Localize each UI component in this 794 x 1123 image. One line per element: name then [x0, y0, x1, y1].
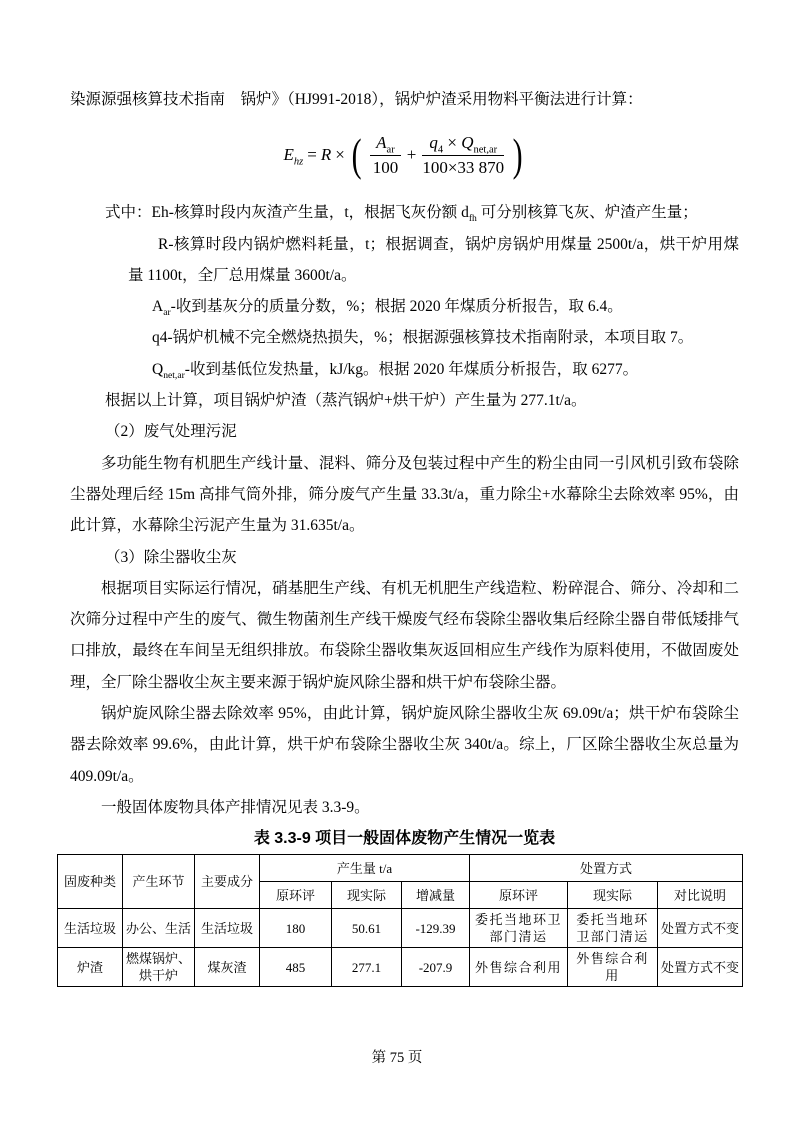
cell-main-component: 煤灰渣: [195, 948, 260, 987]
fraction-ash-numerator: Aar: [370, 133, 401, 156]
plus-sign: +: [407, 145, 417, 165]
header-disposal-compare: 对比说明: [658, 882, 743, 909]
para-variable-r: R-核算时段内锅炉燃料耗量，t；根据调查，锅炉房锅炉用煤量 2500t/a，烘干…: [128, 229, 739, 292]
cell-output-eia: 485: [260, 948, 332, 987]
equals-sign: =: [307, 145, 317, 165]
header-group-disposal: 处置方式: [470, 855, 743, 882]
cell-output-eia: 180: [260, 909, 332, 948]
header-output-actual: 现实际: [332, 882, 402, 909]
para-conclusion: 根据以上计算，项目锅炉炉渣（蒸汽锅炉+烘干炉）产生量为 277.1t/a。: [105, 385, 739, 416]
formula-coef: R: [321, 145, 331, 165]
para-where: 式中：Eh-核算时段内灰渣产生量，t，根据飞灰份额 dfh 可分别核算飞灰、炉渣…: [105, 197, 739, 228]
para-variable-q4: q4-锅炉机械不完全燃烧热损失，%；根据源强核算技术指南附录，本项目取 7。: [152, 322, 739, 353]
cell-output-actual: 50.61: [332, 909, 402, 948]
formula-lhs: Ehz: [283, 145, 303, 165]
cell-output-actual: 277.1: [332, 948, 402, 987]
para-waste-gas-sludge: 多功能生物有机肥生产线计量、混料、筛分及包装过程中产生的粉尘由同一引风机引致布袋…: [70, 448, 739, 542]
header-group-output: 产生量 t/a: [260, 855, 470, 882]
cell-output-change: -129.39: [402, 909, 470, 948]
document-page: 染源源强核算技术指南 锅炉》（HJ991-2018），锅炉炉渣采用物料平衡法进行…: [0, 0, 794, 1123]
fraction-heat: q4 × Qnet,ar 100×33 870: [422, 133, 504, 178]
header-disposal-eia: 原环评: [470, 882, 568, 909]
header-source-stage: 产生环节: [123, 855, 195, 909]
cell-waste-type: 炉渣: [58, 948, 123, 987]
fraction-ash: Aar 100: [370, 133, 401, 178]
fraction-heat-denominator: 100×33 870: [422, 156, 504, 178]
body-text: 染源源强核算技术指南 锅炉》（HJ991-2018），锅炉炉渣采用物料平衡法进行…: [70, 84, 739, 987]
para-variable-aar: Aar-收到基灰分的质量分数，%；根据 2020 年煤质分析报告，取 6.4。: [152, 291, 739, 322]
cell-output-change: -207.9: [402, 948, 470, 987]
cell-waste-type: 生活垃圾: [58, 909, 123, 948]
header-main-component: 主要成分: [195, 855, 260, 909]
para-ash-totals: 锅炉旋风除尘器去除效率 95%，由此计算，锅炉旋风除尘器收尘灰 69.09t/a…: [70, 698, 739, 792]
cell-disposal-compare: 处置方式不变: [658, 909, 743, 948]
cell-main-component: 生活垃圾: [195, 909, 260, 948]
table-solid-waste: 固废种类 产生环节 主要成分 产生量 t/a 处置方式 原环评 现实际 增减量 …: [57, 854, 743, 987]
header-disposal-actual: 现实际: [568, 882, 658, 909]
para-intro: 染源源强核算技术指南 锅炉》（HJ991-2018），锅炉炉渣采用物料平衡法进行…: [70, 84, 739, 115]
table-row-slag: 炉渣 燃煤锅炉、烘干炉 煤灰渣 485 277.1 -207.9 外售综合利用 …: [58, 948, 743, 987]
page-number: 第 75 页: [0, 1046, 794, 1067]
header-output-eia: 原环评: [260, 882, 332, 909]
fraction-heat-numerator: q4 × Qnet,ar: [422, 133, 504, 156]
table-header-row-1: 固废种类 产生环节 主要成分 产生量 t/a 处置方式: [58, 855, 743, 882]
para-variable-qnet: Qnet,ar-收到基低位发热量，kJ/kg。根据 2020 年煤质分析报告，取…: [152, 354, 739, 385]
cell-disposal-eia: 委托当地环卫部门清运: [470, 909, 568, 948]
header-waste-type: 固废种类: [58, 855, 123, 909]
cell-disposal-eia: 外售综合利用: [470, 948, 568, 987]
header-output-change: 增减量: [402, 882, 470, 909]
fraction-ash-denominator: 100: [370, 156, 401, 178]
formula-slag: Ehz = R × ( Aar 100 + q4 × Qnet,ar 100×3…: [70, 124, 739, 186]
cell-disposal-actual: 委托当地环卫部门清运: [568, 909, 658, 948]
table-title: 表 3.3-9 项目一般固体废物产生情况一览表: [70, 827, 739, 851]
table-row-domestic-garbage: 生活垃圾 办公、生活 生活垃圾 180 50.61 -129.39 委托当地环卫…: [58, 909, 743, 948]
para-see-table: 一般固体废物具体产排情况见表 3.3-9。: [70, 792, 739, 823]
cell-disposal-compare: 处置方式不变: [658, 948, 743, 987]
cell-source-stage: 办公、生活: [123, 909, 195, 948]
times-sign: ×: [335, 145, 345, 165]
cell-source-stage: 燃煤锅炉、烘干炉: [123, 948, 195, 987]
para-dust-collector-ash: 根据项目实际运行情况，硝基肥生产线、有机无机肥生产线造粒、粉碎混合、筛分、冷却和…: [70, 573, 739, 698]
cell-disposal-actual: 外售综合利用: [568, 948, 658, 987]
para-intro-text: 染源源强核算技术指南 锅炉》（HJ991-2018），锅炉炉渣采用物料平衡法进行…: [70, 91, 643, 108]
heading-dust-collector-ash: （3）除尘器收尘灰: [105, 542, 739, 573]
heading-waste-gas-sludge: （2）废气处理污泥: [105, 416, 739, 447]
